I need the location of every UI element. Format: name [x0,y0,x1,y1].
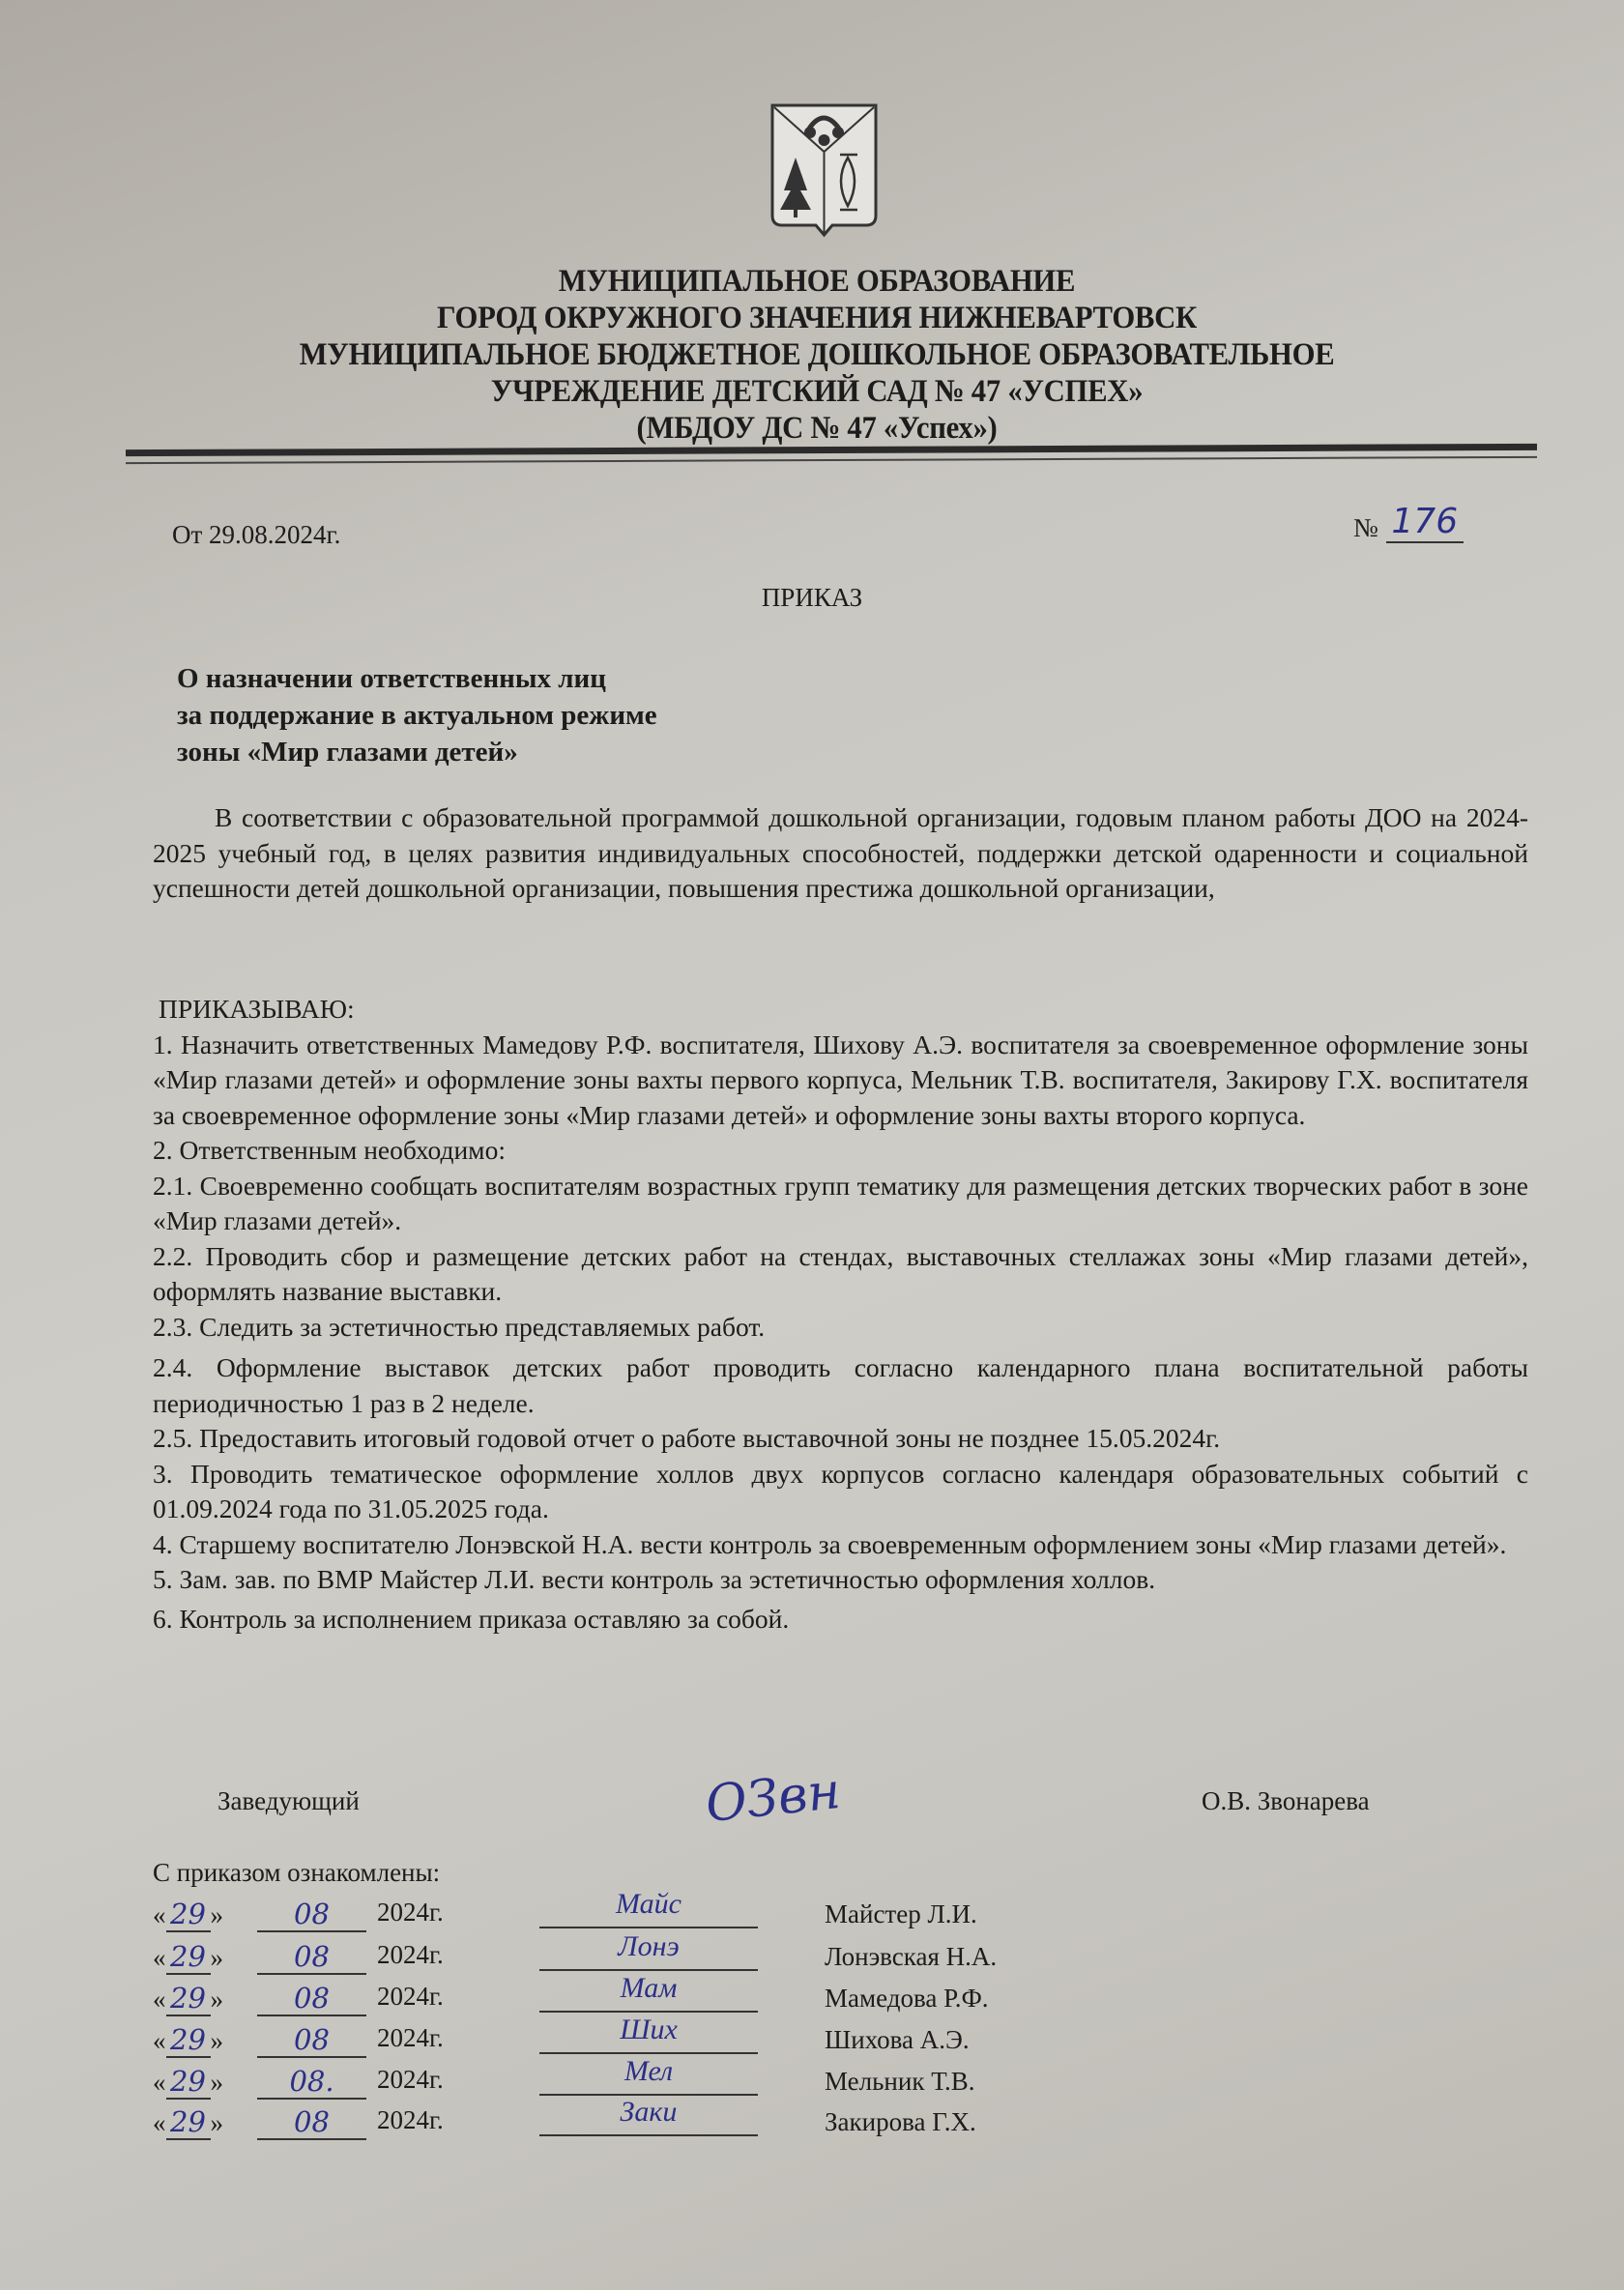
ack-year: 2024г. [377,1982,444,2012]
ack-name: Шихова А.Э. [825,2025,970,2055]
signer-name: О.В. Звонарева [1202,1786,1370,1816]
ack-signature: Заки [539,2096,758,2136]
order-item: 4. Старшему воспитателю Лонэвской Н.А. в… [153,1527,1528,1563]
order-date: От 29.08.2024г. [172,520,340,550]
ack-signature: Лонэ [539,1930,758,1971]
ack-year: 2024г. [377,2023,444,2053]
ack-day: 29 [166,2065,211,2100]
ack-year: 2024г. [377,2105,444,2135]
signer-position: Заведующий [217,1786,360,1816]
ack-month: 08 [257,1940,366,1975]
header-line: МУНИЦИПАЛЬНОЕ БЮДЖЕТНОЕ ДОШКОЛЬНОЕ ОБРАЗ… [165,336,1469,373]
number-value-handwritten: 176 [1386,503,1464,543]
ack-day: 29 [166,1940,211,1975]
ack-name: Закирова Г.Х. [825,2107,976,2137]
acknowledgement-title: С приказом ознакомлены: [153,1858,440,1888]
header-line: МУНИЦИПАЛЬНОЕ ОБРАЗОВАНИЕ [165,263,1469,300]
ack-signature: Майс [539,1888,758,1928]
coat-of-arms-icon [768,101,880,239]
ack-name: Лонэвская Н.А. [825,1942,997,1972]
header-line: (МБДОУ ДС № 47 «Успех») [165,410,1469,447]
ack-day: 29 [166,1982,211,2016]
header-line: УЧРЕЖДЕНИЕ ДЕТСКИЙ САД № 47 «УСПЕХ» [165,373,1469,410]
orders-section: ПРИКАЗЫВАЮ: 1. Назначить ответственных М… [153,992,1528,1637]
institution-header: МУНИЦИПАЛЬНОЕ ОБРАЗОВАНИЕ ГОРОД ОКРУЖНОГ… [165,263,1469,447]
ack-day: 29 [166,1898,211,1932]
subject-line: О назначении ответственных лиц [177,660,657,697]
header-divider-thin [126,456,1537,464]
header-line: ГОРОД ОКРУЖНОГО ЗНАЧЕНИЯ НИЖНЕВАРТОВСК [165,300,1469,336]
ack-month: 08 [257,2105,366,2140]
order-item: 6. Контроль за исполнением приказа остав… [153,1602,1528,1638]
ack-day: 29 [166,2105,211,2140]
ack-month: 08 [257,1898,366,1932]
ack-month: 08 [257,2023,366,2058]
order-subject: О назначении ответственных лиц за поддер… [177,660,657,770]
ack-name: Майстер Л.И. [825,1899,977,1929]
order-number: № 176 [1353,503,1464,543]
ack-signature: Мам [539,1972,758,2013]
ack-year: 2024г. [377,1940,444,1970]
number-label: № [1353,513,1378,543]
order-item: 2.4. Оформление выставок детских работ п… [153,1350,1528,1421]
order-item: 2.1. Своевременно сообщать воспитателям … [153,1169,1528,1239]
ack-name: Мамедова Р.Ф. [825,1984,989,2014]
ack-month: 08 [257,1982,366,2016]
order-item: 2.5. Предоставить итоговый годовой отчет… [153,1421,1528,1457]
order-item: 3. Проводить тематическое оформление хол… [153,1457,1528,1527]
order-item: 2.2. Проводить сбор и размещение детских… [153,1239,1528,1310]
head-signature: ОЗвн [703,1762,843,1834]
acknowledgement-row: «29» 08 2024г. Заки Закирова Г.Х. [153,2105,1119,2148]
subject-line: за поддержание в актуальном режиме [177,697,657,734]
ack-year: 2024г. [377,2065,444,2095]
ack-signature: Мел [539,2055,758,2096]
order-item: 2. Ответственным необходимо: [153,1133,1528,1169]
order-item: 1. Назначить ответственных Мамедову Р.Ф.… [153,1028,1528,1134]
preamble-paragraph: В соответствии с образовательной програм… [153,800,1528,907]
document-title: ПРИКАЗ [0,583,1624,613]
ack-signature: Ших [539,2014,758,2054]
ack-month: 08. [257,2065,366,2100]
order-heading: ПРИКАЗЫВАЮ: [153,992,1528,1028]
ack-day: 29 [166,2023,211,2058]
order-item: 2.3. Следить за эстетичностью представля… [153,1310,1528,1346]
subject-line: зоны «Мир глазами детей» [177,734,657,770]
ack-name: Мельник Т.В. [825,2067,975,2097]
ack-year: 2024г. [377,1898,444,1928]
order-item: 5. Зам. зав. по ВМР Майстер Л.И. вести к… [153,1562,1528,1598]
